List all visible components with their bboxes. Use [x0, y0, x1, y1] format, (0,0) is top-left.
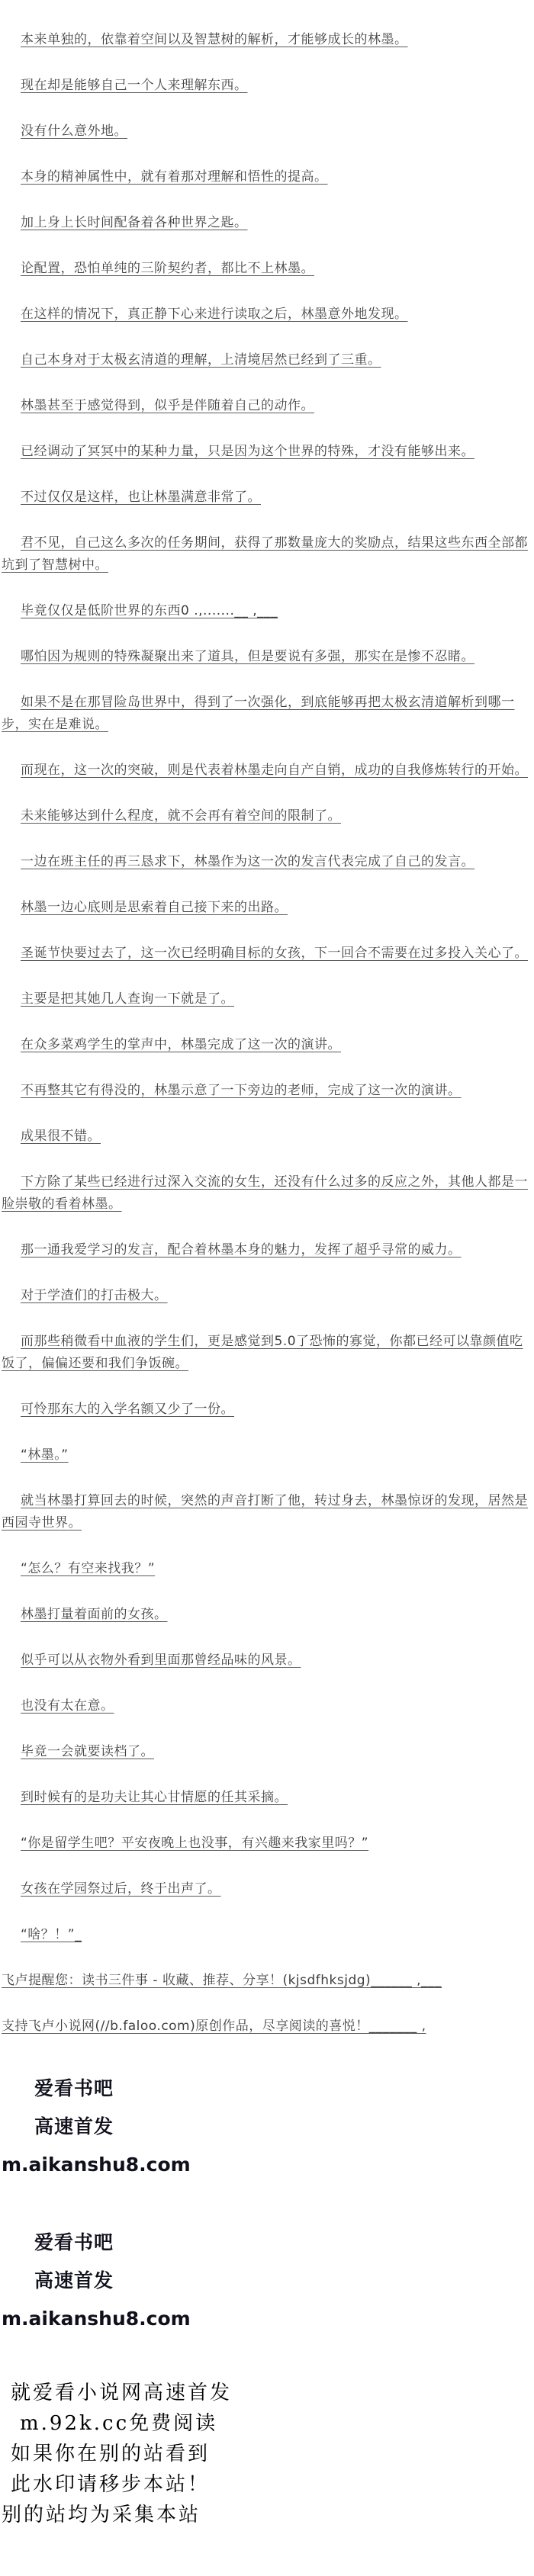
publisher-support-line: 支持飞卢小说网(//b.faloo.com)原创作品，尽享阅读的喜悦！_____… — [2, 2016, 532, 2038]
watermark-line: m.92k.cc免费阅读 — [2, 2408, 532, 2439]
novel-paragraph: 成果很不错。 — [2, 1126, 532, 1148]
novel-paragraph: 如果不是在那冒险岛世界中，得到了一次强化，到底能够再把太极玄清道解析到哪一步，实… — [2, 692, 532, 736]
novel-paragraph: 不再整其它有得没的，林墨示意了一下旁边的老师，完成了这一次的演讲。 — [2, 1080, 532, 1102]
chapter-body: 本来单独的，依靠着空间以及智慧树的解析，才能够成长的林墨。 现在却是能够自己一个… — [2, 29, 532, 2038]
promo-site-url: m.aikanshu8.com — [2, 2146, 532, 2184]
novel-paragraph: 在这样的情况下，真正静下心来进行读取之后，林墨意外地发现。 — [2, 304, 532, 326]
novel-paragraph: 到时候有的是功夫让其心甘情愿的任其采摘。 — [2, 1787, 532, 1809]
novel-reader-page: 本来单独的，依靠着空间以及智慧树的解析，才能够成长的林墨。 现在却是能够自己一个… — [0, 0, 534, 2576]
novel-paragraph: 论配置，恐怕单纯的三阶契约者，都比不上林墨。 — [2, 258, 532, 280]
publisher-reminder-line: 飞卢提醒您：读书三件事 - 收藏、推荐、分享！(kjsdfhksjdg)____… — [2, 1970, 532, 1992]
promo-tagline: 高速首发 — [2, 2108, 532, 2146]
promo-site-name: 爱看书吧 — [2, 2070, 532, 2108]
novel-paragraph: 而那些稍微看中血液的学生们，更是感觉到5.0了恐怖的寡觉，你都已经可以靠颜值吃饭… — [2, 1331, 532, 1375]
novel-paragraph: 而现在，这一次的突破，则是代表着林墨走向自产自销，成功的自我修炼转行的开始。 — [2, 760, 532, 782]
novel-paragraph-dialogue: “你是留学生吧？平安夜晚上也没事，有兴趣来我家里吗？” — [2, 1832, 532, 1855]
novel-paragraph: 本身的精神属性中，就有着那对理解和悟性的提高。 — [2, 166, 532, 188]
watermark-line: 别的站均为采集本站 — [2, 2500, 532, 2530]
promo-site-name: 爱看书吧 — [2, 2224, 532, 2262]
novel-paragraph: 君不见，自己这么多次的任务期间，获得了那数量庞大的奖励点，结果这些东西全部都坑到… — [2, 532, 532, 577]
novel-paragraph: 也没有太在意。 — [2, 1695, 532, 1717]
novel-paragraph: 没有什么意外地。 — [2, 120, 532, 143]
promo-tagline: 高速首发 — [2, 2262, 532, 2300]
novel-paragraph: 自己本身对于太极玄清道的理解，上清境居然已经到了三重。 — [2, 349, 532, 371]
promo-site-url: m.aikanshu8.com — [2, 2300, 532, 2338]
novel-paragraph: 似乎可以从衣物外看到里面那曾经品味的风景。 — [2, 1649, 532, 1672]
novel-paragraph: 一边在班主任的再三恳求下，林墨作为这一次的发言代表完成了自己的发言。 — [2, 851, 532, 873]
watermark-line: 如果你在别的站看到 — [2, 2439, 532, 2469]
novel-paragraph: 林墨打量着面前的女孩。 — [2, 1604, 532, 1626]
novel-paragraph-dialogue: “怎么？有空来找我？” — [2, 1558, 532, 1580]
novel-paragraph: 在众多菜鸡学生的掌声中，林墨完成了这一次的演讲。 — [2, 1034, 532, 1056]
watermark-line: 就爱看小说网高速首发 — [2, 2378, 532, 2408]
novel-paragraph: 主要是把其她几人查询一下就是了。 — [2, 988, 532, 1010]
promo-section: 爱看书吧 高速首发 m.aikanshu8.com 爱看书吧 高速首发 m.ai… — [2, 2070, 532, 2338]
novel-paragraph: 林墨一边心底则是思索着自己接下来的出路。 — [2, 897, 532, 919]
novel-paragraph: 不过仅仅是这样，也让林墨满意非常了。 — [2, 487, 532, 509]
novel-paragraph: 林墨甚至于感觉得到，似乎是伴随着自己的动作。 — [2, 395, 532, 417]
novel-paragraph: 加上身上长时间配备着各种世界之匙。 — [2, 212, 532, 234]
novel-paragraph: 本来单独的，依靠着空间以及智慧树的解析，才能够成长的林墨。 — [2, 29, 532, 51]
novel-paragraph: 就当林墨打算回去的时候，突然的声音打断了他，转过身去，林墨惊讶的发现，居然是西园… — [2, 1490, 532, 1534]
novel-paragraph: 下方除了某些已经进行过深入交流的女生，还没有什么过多的反应之外，其他人都是一脸崇… — [2, 1171, 532, 1216]
novel-paragraph: 毕竟一会就要读档了。 — [2, 1741, 532, 1763]
novel-paragraph: 可怜那东大的入学名额又少了一份。 — [2, 1399, 532, 1421]
novel-paragraph: 对于学渣们的打击极大。 — [2, 1285, 532, 1307]
novel-paragraph: 未来能够达到什么程度，就不会再有着空间的限制了。 — [2, 805, 532, 827]
anti-piracy-watermark: 就爱看小说网高速首发 m.92k.cc免费阅读 如果你在别的站看到 此水印请移步… — [2, 2378, 532, 2530]
novel-paragraph: 女孩在学园祭过后，终于出声了。 — [2, 1878, 532, 1900]
novel-paragraph-dialogue: “啥？！”_ — [2, 1924, 532, 1946]
watermark-line: 此水印请移步本站！ — [2, 2469, 532, 2500]
promo-block: 爱看书吧 高速首发 m.aikanshu8.com — [2, 2070, 532, 2184]
novel-paragraph: 圣诞节快要过去了，这一次已经明确目标的女孩，下一回合不需要在过多投入关心了。 — [2, 943, 532, 965]
novel-paragraph: 已经调动了冥冥中的某种力量，只是因为这个世界的特殊，才没有能够出来。 — [2, 441, 532, 463]
novel-paragraph: 毕竟仅仅是低阶世界的东西0 .,.......__ ,___ — [2, 600, 532, 622]
promo-block: 爱看书吧 高速首发 m.aikanshu8.com — [2, 2224, 532, 2338]
novel-paragraph-dialogue: “林墨。” — [2, 1444, 532, 1466]
novel-paragraph: 现在却是能够自己一个人来理解东西。 — [2, 75, 532, 97]
novel-paragraph: 哪怕因为规则的特殊凝聚出来了道具，但是要说有多强，那实在是惨不忍睹。 — [2, 646, 532, 668]
novel-paragraph: 那一通我爱学习的发言，配合着林墨本身的魅力，发挥了超乎寻常的威力。 — [2, 1239, 532, 1261]
